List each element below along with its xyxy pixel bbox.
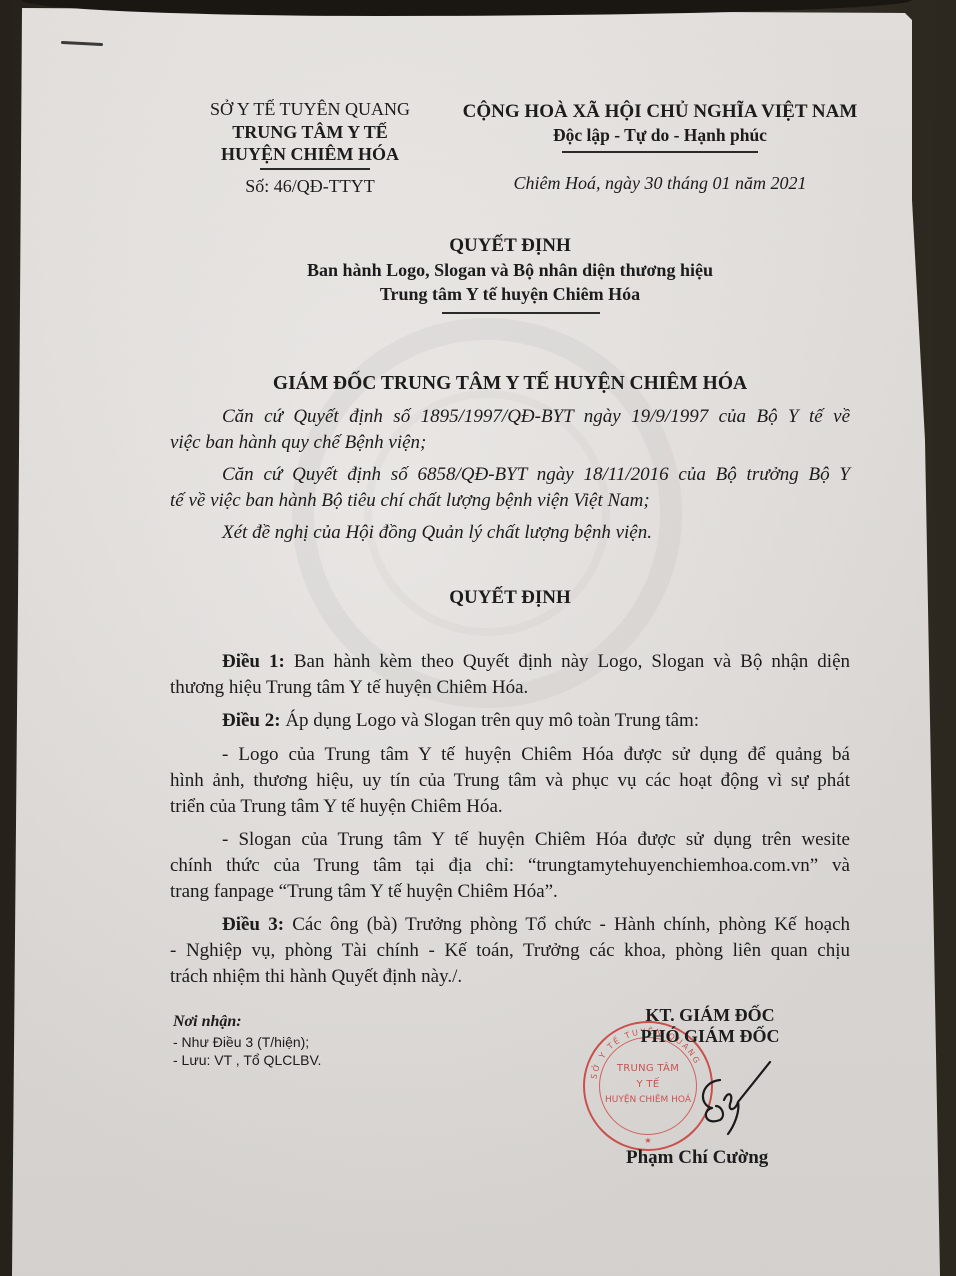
issuing-authority: GIÁM ĐỐC TRUNG TÂM Y TẾ HUYỆN CHIÊM HÓA [170,373,850,395]
preamble-1-line2: việc ban hành quy chế Bệnh viện; [170,430,850,456]
preamble-1-line1: Căn cứ Quyết định số 1895/1997/QĐ-BYT ng… [170,404,850,430]
article-3-label: Điều 3: [222,914,284,935]
document-subtitle-line1: Ban hành Logo, Slogan và Bộ nhân diện th… [170,260,850,281]
article-3-line3: trách nhiệm thi hành Quyết định này./. [170,964,850,990]
issuing-org-line2: HUYỆN CHIÊM HÓA [190,144,430,165]
handwritten-signature [690,1060,780,1140]
issuing-org-line1: TRUNG TÂM Y TẾ [190,122,430,143]
article-2-bullet2-line2: chính thức của Trung tâm tại địa chỉ: “t… [170,853,850,879]
recipient-item: - Lưu: VT , Tổ QLCLBV. [173,1052,321,1068]
title-underline [442,312,600,314]
article-2-bullet2-line1: - Slogan của Trung tâm Y tế huyện Chiêm … [170,827,850,853]
signature-title-line1: KT. GIÁM ĐỐC [560,1005,860,1026]
article-1-label: Điều 1: [222,651,285,672]
national-title: CỘNG HOÀ XÃ HỘI CHỦ NGHĨA VIỆT NAM [432,101,888,123]
article-3-line2: - Nghiệp vụ, phòng Tài chính - Kế toán, … [170,938,850,964]
place-and-date: Chiêm Hoá, ngày 30 tháng 01 năm 2021 [432,173,888,194]
document-number: Số: 46/QĐ-TTYT [190,176,430,197]
decision-heading: QUYẾT ĐỊNH [170,587,850,609]
org-underline [260,168,370,170]
article-2-bullet2-line3: trang fanpage “Trung tâm Y tế huyện Chiê… [170,879,850,905]
motto-underline [562,151,758,153]
recipients-label: Nơi nhận: [173,1013,242,1031]
document-title: QUYẾT ĐỊNH [170,235,850,257]
document-subtitle-line2: Trung tâm Y tế huyện Chiêm Hóa [170,284,850,305]
recipient-item: - Như Điều 3 (T/hiện); [173,1034,309,1050]
issuing-ministry: SỞ Y TẾ TUYÊN QUANG [190,99,430,120]
article-2-bullet1-line1: - Logo của Trung tâm Y tế huyện Chiêm Hó… [170,742,850,768]
svg-text:★: ★ [644,1136,651,1145]
article-2-label: Điều 2: [222,710,281,731]
article-3-line1: Điều 3: Các ông (bà) Trưởng phòng Tổ chứ… [170,912,850,938]
signer-name: Phạm Chí Cường [626,1147,768,1169]
article-1-line2: thương hiệu Trung tâm Y tế huyện Chiêm H… [170,675,850,701]
national-motto: Độc lập - Tự do - Hạnh phúc [432,125,888,146]
preamble-3: Xét đề nghị của Hội đồng Quản lý chất lư… [170,520,850,546]
signature-title-line2: PHÓ GIÁM ĐỐC [560,1026,860,1047]
preamble-2-line2: tế về việc ban hành Bộ tiêu chí chất lượ… [170,488,850,514]
preamble-2-line1: Căn cứ Quyết định số 6858/QĐ-BYT ngày 18… [170,462,850,488]
article-2-line1: Điều 2: Áp dụng Logo và Slogan trên quy … [170,708,850,734]
article-2-bullet1-line3: triển của Trung tâm Y tế huyện Chiêm Hóa… [170,794,850,820]
article-2-bullet1-line2: hình ảnh, thương hiệu, uy tín của Trung … [170,768,850,794]
article-1-line1: Điều 1: Ban hành kèm theo Quyết định này… [170,649,850,675]
